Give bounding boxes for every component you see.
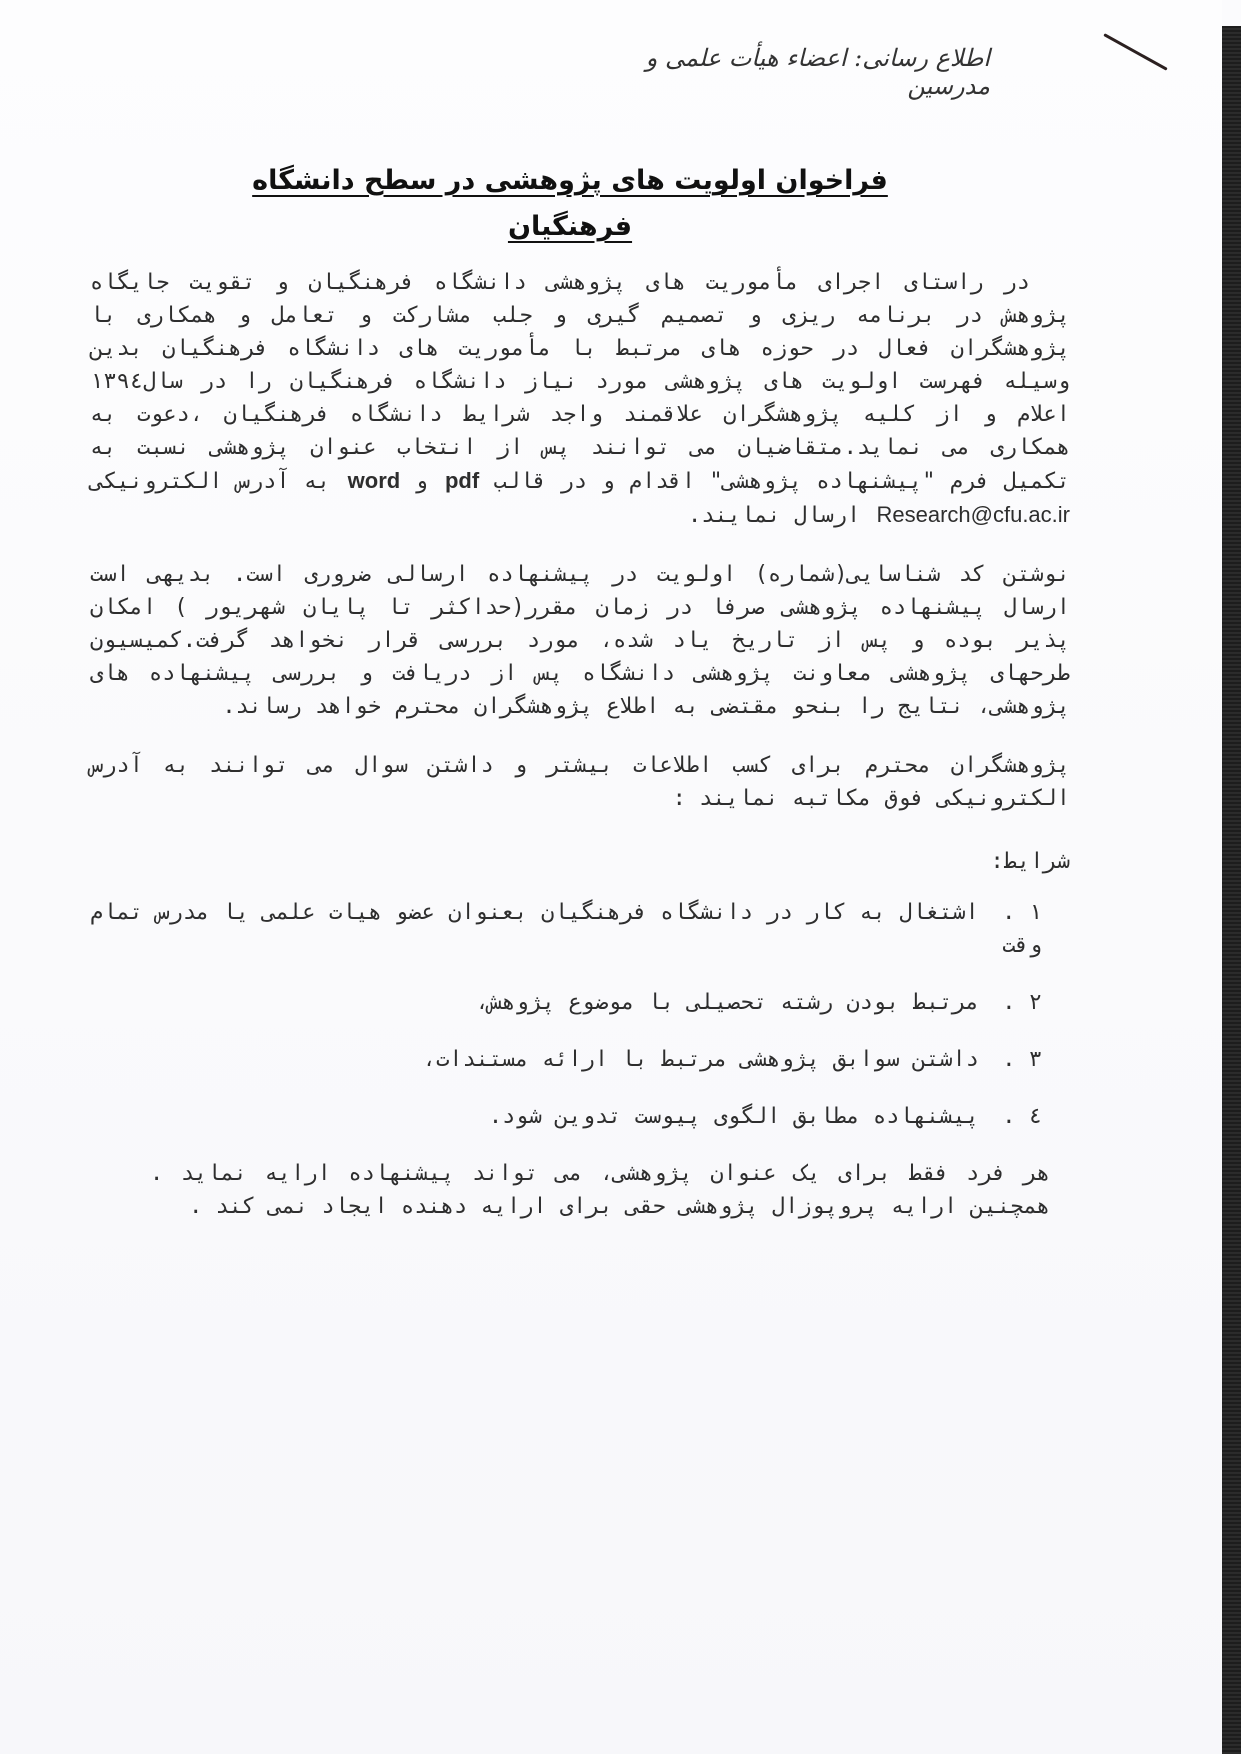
condition-text: اشتغال به کار در دانشگاه فرهنگیان بعنوان… <box>90 900 1042 958</box>
email-address: Research@cfu.ac.ir <box>876 502 1070 527</box>
intro-end-text: ارسال نمایند. <box>688 503 860 528</box>
condition-text: داشتن سوابق پژوهشی مرتبط با ارائه مستندا… <box>423 1047 979 1072</box>
contact-paragraph: پژوهشگران محترم برای کسب اطلاعات بیشتر و… <box>90 749 1070 815</box>
conditions-list: ١ . اشتغال به کار در دانشگاه فرهنگیان بع… <box>90 896 1070 1133</box>
condition-item: ١ . اشتغال به کار در دانشگاه فرهنگیان بع… <box>90 896 1042 962</box>
handwritten-annotation: اطلاع رسانی: اعضاء هیأت علمی و مدرسین <box>590 44 990 100</box>
condition-number: ٤ . <box>1002 1104 1042 1129</box>
condition-number: ٢ . <box>1002 990 1042 1015</box>
condition-item: ٤ . پیشنهاده مطابق الگوی پیوست تدوین شود… <box>90 1100 1042 1133</box>
format-pdf: pdf <box>445 468 479 493</box>
pen-stroke-mark <box>1103 33 1167 71</box>
scanned-page: اطلاع رسانی: اعضاء هیأت علمی و مدرسین فر… <box>0 0 1222 1754</box>
conjunction-and: و <box>414 469 427 494</box>
condition-text: پیشنهاده مطابق الگوی پیوست تدوین شود. <box>489 1104 979 1129</box>
scan-binder-edge <box>1222 26 1241 1754</box>
condition-text: مرتبط بودن رشته تحصیلی با موضوع پژوهش، <box>476 990 979 1015</box>
document-body: در راستای اجرای مأموریت های پژوهشی دانشگ… <box>90 266 1070 1223</box>
conditions-heading: شرایط: <box>90 845 1070 878</box>
intro-paragraph: در راستای اجرای مأموریت های پژوهشی دانشگ… <box>90 266 1070 532</box>
to-address-text: به آدرس الکترونیکی <box>90 469 330 494</box>
format-word: word <box>348 468 401 493</box>
intro-text: در راستای اجرای مأموریت های پژوهشی دانشگ… <box>90 270 1070 494</box>
title-line-1: فراخوان اولویت های پژوهشی در سطح دانشگاه <box>252 165 888 196</box>
condition-item: ٢ . مرتبط بودن رشته تحصیلی با موضوع پژوه… <box>90 986 1042 1019</box>
condition-number: ١ . <box>1002 900 1042 925</box>
final-note-paragraph: هر فرد فقط برای یک عنوان پژوهشی، می توان… <box>90 1157 1070 1223</box>
code-requirement-paragraph: نوشتن کد شناسایی(شماره) اولویت در پیشنها… <box>90 558 1070 723</box>
document-title: فراخوان اولویت های پژوهشی در سطح دانشگاه… <box>160 158 980 250</box>
title-line-2: فرهنگیان <box>508 211 632 242</box>
condition-number: ٣ . <box>1002 1047 1042 1072</box>
condition-item: ٣ . داشتن سوابق پژوهشی مرتبط با ارائه مس… <box>90 1043 1042 1076</box>
